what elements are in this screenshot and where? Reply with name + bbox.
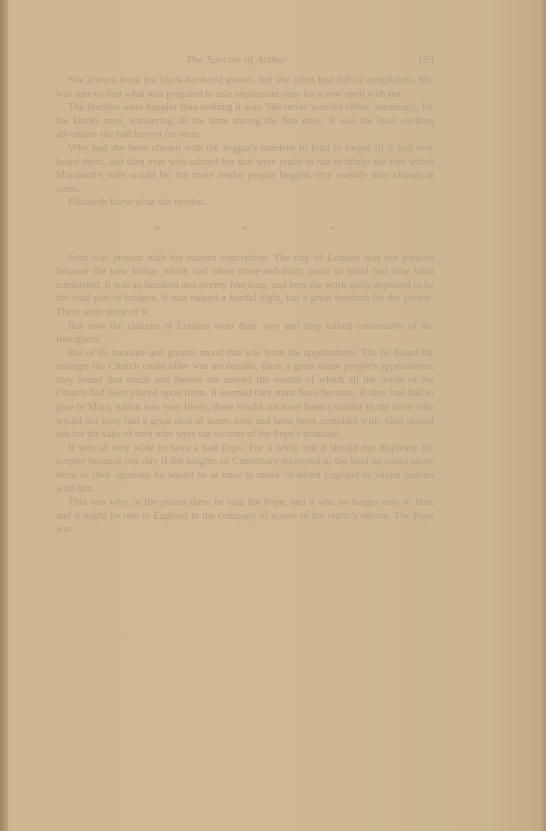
scanned-book-page: The Spectre of Arthur 193 She always wor…: [0, 0, 546, 831]
paragraph: The burdens were happier than nothing it…: [56, 101, 434, 142]
running-title: The Spectre of Arthur: [56, 54, 418, 68]
paragraph: But of its measure and greater mood that…: [56, 347, 434, 442]
paragraph: But now the citizens of London went thei…: [56, 320, 434, 347]
page-edge: [540, 0, 546, 831]
book-spine-shadow: [0, 0, 8, 831]
section-separator: * * *: [56, 224, 434, 238]
paragraph: It was of very wide to have a bad Pope. …: [56, 442, 434, 496]
paragraph: She always wore the black-bordered gowns…: [56, 74, 434, 101]
paragraph: Elizabeth knew what she needed.: [56, 196, 434, 210]
page-number: 193: [418, 54, 435, 68]
page-text-block: The Spectre of Arthur 193 She always wor…: [56, 54, 434, 537]
paragraph: John was present with his eastern concep…: [56, 252, 434, 320]
paragraph: This was why, in the prison there he sai…: [56, 496, 434, 537]
paragraph: Why had she been chosen with the beggar'…: [56, 142, 434, 196]
running-head: The Spectre of Arthur 193: [56, 54, 434, 70]
